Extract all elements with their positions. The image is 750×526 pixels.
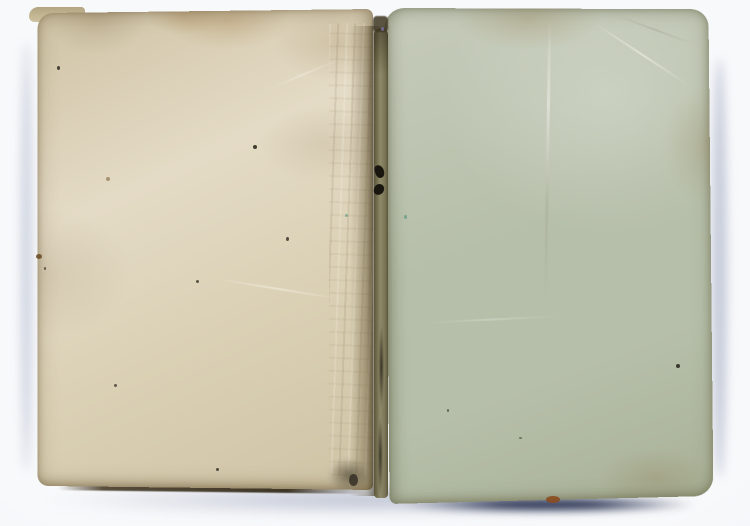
teal-fleck	[404, 215, 407, 219]
ink-fleck	[381, 27, 384, 31]
crease-line	[615, 14, 694, 45]
right-edge-shadow	[712, 58, 727, 478]
paper-speck	[196, 280, 199, 283]
paper-speck	[253, 145, 257, 149]
right-cover-page	[384, 8, 713, 504]
paper-speck	[447, 409, 449, 412]
paper-speck	[114, 384, 117, 387]
spine-bottom-blotch	[328, 458, 370, 492]
paper-speck	[57, 66, 60, 70]
rust-spot	[546, 496, 560, 503]
paper-speck	[44, 267, 46, 270]
paper-speck	[286, 237, 289, 241]
spine-fold-strip	[374, 28, 388, 498]
left-page	[37, 9, 373, 490]
left-edge-shadow	[21, 42, 32, 472]
paper-blotch	[36, 254, 42, 259]
paper-speck	[216, 468, 219, 471]
crease-line	[427, 316, 557, 324]
crease-line	[595, 23, 688, 85]
crease-line	[214, 278, 341, 300]
teal-fleck	[345, 214, 348, 217]
book-photo	[0, 0, 750, 526]
paper-speck	[519, 437, 522, 439]
spine-tear-mark	[349, 474, 358, 486]
paper-stain-dot	[106, 177, 110, 181]
crease-line	[544, 18, 551, 303]
paper-speck	[676, 364, 680, 368]
